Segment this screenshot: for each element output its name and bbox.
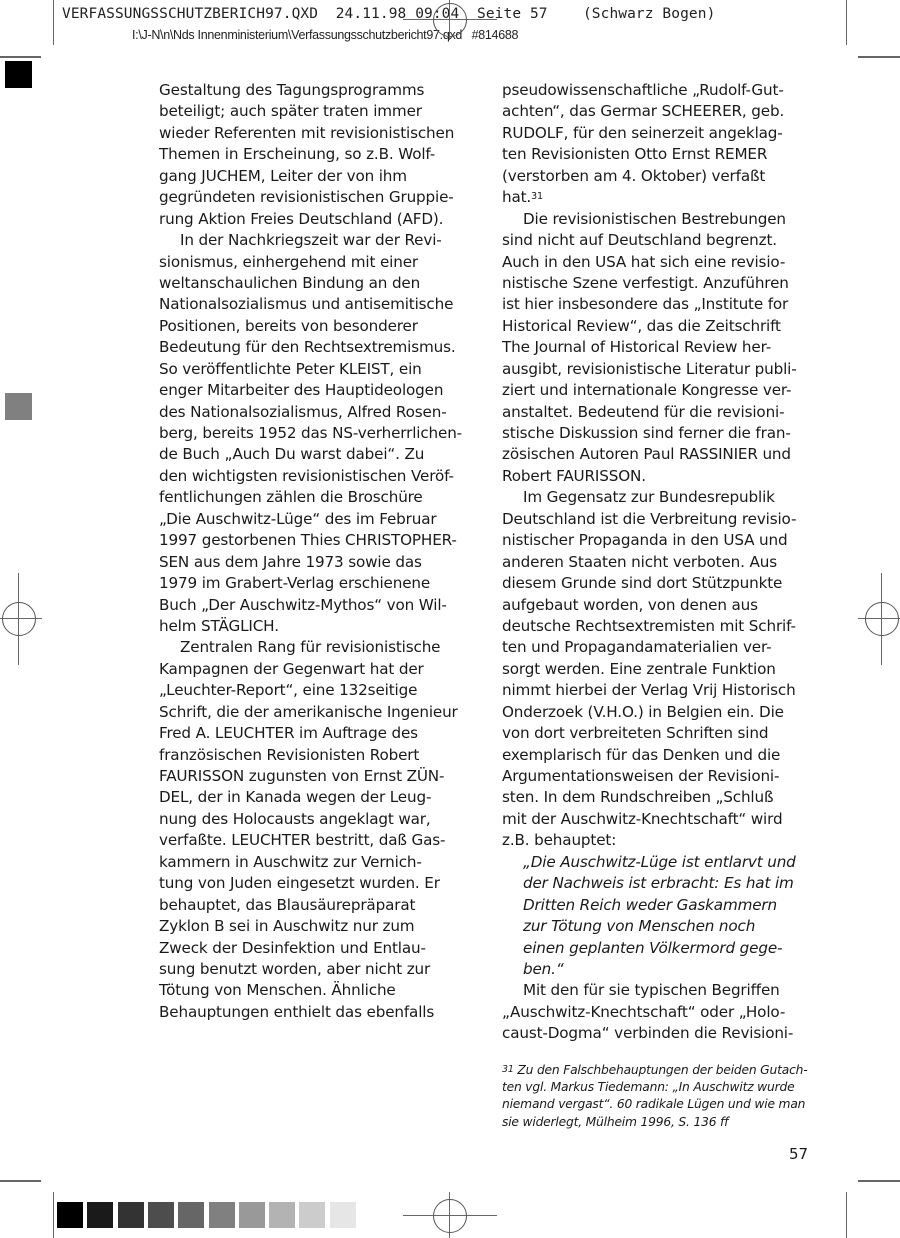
text-line: diesem Grunde sind dort Stützpunkte [502, 573, 817, 594]
text-line: ten und Propagandamaterialien ver- [502, 637, 817, 658]
gray-scale-swatch [269, 1202, 295, 1228]
text-line: Zentralen Rang für revisionistische [159, 637, 474, 658]
text-line: ist hier insbesondere das „Institute for [502, 294, 817, 315]
quote-line: „Die Auschwitz-Lüge ist entlarvt und [502, 852, 817, 873]
crop-mark-top-left-horizontal [0, 56, 41, 58]
text-line: Zweck der Desinfektion und Entlau- [159, 938, 474, 959]
registration-mark-bottom [403, 1192, 497, 1238]
text-line: Zyklon B sei in Auschwitz nur zum [159, 916, 474, 937]
text-line: nistischer Propaganda in den USA und [502, 530, 817, 551]
crop-mark-bottom-left-horizontal [0, 1180, 41, 1182]
text-line: anderen Staaten nicht verboten. Aus [502, 552, 817, 573]
text-line: caust-Dogma“ verbinden die Revisioni- [502, 1023, 817, 1044]
page-number: 57 [789, 1145, 808, 1163]
text-line: mit der Auschwitz-Knechtschaft“ wird [502, 809, 817, 830]
text-line: „Leuchter-Report“, eine 132seitige [159, 680, 474, 701]
text-line: pseudowissenschaftliche „Rudolf-Gut- [502, 80, 817, 101]
text-line: stische Diskussion sind ferner die fran- [502, 423, 817, 444]
text-line: wieder Referenten mit revisionistischen [159, 123, 474, 144]
text-line: 1979 im Grabert-Verlag erschienene [159, 573, 474, 594]
registration-mark-left [0, 573, 42, 665]
text-line: ten Revisionisten Otto Ernst REMER [502, 144, 817, 165]
text-line: Tötung von Menschen. Ähnliche [159, 980, 474, 1001]
text-line: gang JUCHEM, Leiter der von ihm [159, 166, 474, 187]
text-line: Auch in den USA hat sich eine revisio- [502, 252, 817, 273]
text-line: nistische Szene verfestigt. Anzuführen [502, 273, 817, 294]
registration-mark-right [858, 573, 900, 665]
gray-scale-swatch [148, 1202, 174, 1228]
text-line: „Auschwitz-Knechtschaft“ oder „Holo- [502, 1002, 817, 1023]
text-line: sind nicht auf Deutschland begrenzt. [502, 230, 817, 251]
text-line: Positionen, bereits von besonderer [159, 316, 474, 337]
crop-mark-bottom-right-vertical [846, 1192, 847, 1238]
text-line: französischen Revisionisten Robert [159, 745, 474, 766]
section-tab-black [5, 61, 32, 88]
crop-mark-top-right-vertical [846, 0, 847, 45]
text-line: behauptet, das Blausäurepräparat [159, 895, 474, 916]
text-line: ziert und internationale Kongresse ver- [502, 380, 817, 401]
text-line: Kampagnen der Gegenwart hat der [159, 659, 474, 680]
text-line: DEL, der in Kanada wegen der Leug- [159, 787, 474, 808]
text-line: zösischen Autoren Paul RASSINIER und [502, 444, 817, 465]
text-line: gegründeten revisionistischen Gruppie- [159, 187, 474, 208]
text-line: Buch „Der Auschwitz-Mythos“ von Wil- [159, 595, 474, 616]
text-line: FAURISSON zugunsten von Ernst ZÜN- [159, 766, 474, 787]
text-line: (verstorben am 4. Oktober) verfaßt [502, 166, 817, 187]
printer-slug-file-line: VERFASSUNGSSCHUTZBERICH97.QXD 24.11.98 0… [62, 6, 715, 22]
text-line: Mit den für sie typischen Begriffen [502, 980, 817, 1001]
gray-scale-swatch [239, 1202, 265, 1228]
text-line: den wichtigsten revisionistischen Veröf- [159, 466, 474, 487]
text-line: Bedeutung für den Rechtsextremismus. [159, 337, 474, 358]
text-line: von dort verbreiteten Schriften sind [502, 723, 817, 744]
text-line: Die revisionistischen Bestrebungen [502, 209, 817, 230]
text-line: Im Gegensatz zur Bundesrepublik [502, 487, 817, 508]
text-line: anstaltet. Bedeutend für die revisioni- [502, 402, 817, 423]
crop-mark-bottom-right-horizontal [858, 1180, 900, 1182]
text-line: RUDOLF, für den seinerzeit angeklag- [502, 123, 817, 144]
text-line: tung von Juden eingesetzt wurden. Er [159, 873, 474, 894]
crop-mark-top-left-vertical [53, 0, 54, 45]
text-line: exemplarisch für das Denken und die [502, 745, 817, 766]
text-line: ausgibt, revisionistische Literatur publ… [502, 359, 817, 380]
footnote: 31 Zu den Falschbehauptungen der beiden … [502, 1062, 817, 1131]
right-text-column: pseudowissenschaftliche „Rudolf-Gut-acht… [502, 80, 817, 1045]
text-line: „Die Auschwitz-Lüge“ des im Februar [159, 509, 474, 530]
registration-mark-top [403, 0, 497, 40]
quote-line: der Nachweis ist erbracht: Es hat im [502, 873, 817, 894]
text-line: Themen in Erscheinung, so z.B. Wolf- [159, 144, 474, 165]
text-line: sionismus, einhergehend mit einer [159, 252, 474, 273]
gray-scale-swatch [87, 1202, 113, 1228]
text-line: Behauptungen enthielt das ebenfalls [159, 1002, 474, 1023]
text-line: Nationalsozialismus und antisemitische [159, 294, 474, 315]
quote-line: einen geplanten Völkermord gege- [502, 938, 817, 959]
text-line: The Journal of Historical Review her- [502, 337, 817, 358]
text-line: kammern in Auschwitz zur Vernich- [159, 852, 474, 873]
text-line: deutsche Rechtsextremisten mit Schrif- [502, 616, 817, 637]
text-line: achten“, das Germar SCHEERER, geb. [502, 101, 817, 122]
footnote-line: ten vgl. Markus Tiedemann: „In Auschwitz… [502, 1079, 817, 1096]
gray-scale-swatch [209, 1202, 235, 1228]
text-line: beteiligt; auch später traten immer [159, 101, 474, 122]
text-line: Onderzoek (V.H.O.) in Belgien ein. Die [502, 702, 817, 723]
text-line: Gestaltung des Tagungsprogramms [159, 80, 474, 101]
quote-line: zur Tötung von Menschen noch [502, 916, 817, 937]
gray-scale-swatch [299, 1202, 325, 1228]
text-line: fentlichungen zählen die Broschüre [159, 487, 474, 508]
text-line: verfaßte. LEUCHTER bestritt, daß Gas- [159, 830, 474, 851]
text-line: de Buch „Auch Du warst dabei“. Zu [159, 444, 474, 465]
text-line: Robert FAURISSON. [502, 466, 817, 487]
footnote-reference: 31 [531, 191, 543, 202]
footnote-number: 31 [502, 1064, 514, 1075]
quote-line: ben.“ [502, 959, 817, 980]
footnote-line: 31 Zu den Falschbehauptungen der beiden … [502, 1062, 817, 1079]
crop-mark-bottom-left-vertical [53, 1192, 54, 1238]
text-line: Historical Review“, das die Zeitschrift [502, 316, 817, 337]
text-line: Argumentationsweisen der Revisioni- [502, 766, 817, 787]
text-line: Deutschland ist die Verbreitung revisio- [502, 509, 817, 530]
text-line: rung Aktion Freies Deutschland (AFD). [159, 209, 474, 230]
text-line: nung des Holocausts angeklagt war, [159, 809, 474, 830]
text-line: helm STÄGLICH. [159, 616, 474, 637]
gray-scale-swatch [57, 1202, 83, 1228]
text-line: 1997 gestorbenen Thies CHRISTOPHER- [159, 530, 474, 551]
left-text-column: Gestaltung des Tagungsprogrammsbeteiligt… [159, 80, 474, 1023]
crop-mark-top-right-horizontal [858, 56, 900, 58]
text-line: berg, bereits 1952 das NS-verherrlichen- [159, 423, 474, 444]
text-line: des Nationalsozialismus, Alfred Rosen- [159, 402, 474, 423]
text-line: sten. In dem Rundschreiben „Schluß [502, 787, 817, 808]
text-line: In der Nachkriegszeit war der Revi- [159, 230, 474, 251]
text-line: SEN aus dem Jahre 1973 sowie das [159, 552, 474, 573]
text-line: enger Mitarbeiter des Hauptideologen [159, 380, 474, 401]
gray-scale-swatch [178, 1202, 204, 1228]
footnote-line: sie widerlegt, Mülheim 1996, S. 136 ff [502, 1114, 817, 1131]
gray-scale-swatch [118, 1202, 144, 1228]
text-line: Schrift, die der amerikanische Ingenieur [159, 702, 474, 723]
text-line: weltanschaulichen Bindung an den [159, 273, 474, 294]
text-line: Fred A. LEUCHTER im Auftrage des [159, 723, 474, 744]
text-line: z.B. behauptet: [502, 830, 817, 851]
text-line: hat.31 [502, 187, 817, 208]
text-line: So veröffentlichte Peter KLEIST, ein [159, 359, 474, 380]
section-tab-gray [5, 393, 32, 420]
text-line: sung benutzt worden, aber nicht zur [159, 959, 474, 980]
gray-scale-swatch [330, 1202, 356, 1228]
text-line: aufgebaut worden, von denen aus [502, 595, 817, 616]
text-line: nimmt hierbei der Verlag Vrij Historisch [502, 680, 817, 701]
quote-line: Dritten Reich weder Gaskammern [502, 895, 817, 916]
text-line: sorgt werden. Eine zentrale Funktion [502, 659, 817, 680]
footnote-line: niemand vergast“. 60 radikale Lügen und … [502, 1096, 817, 1113]
